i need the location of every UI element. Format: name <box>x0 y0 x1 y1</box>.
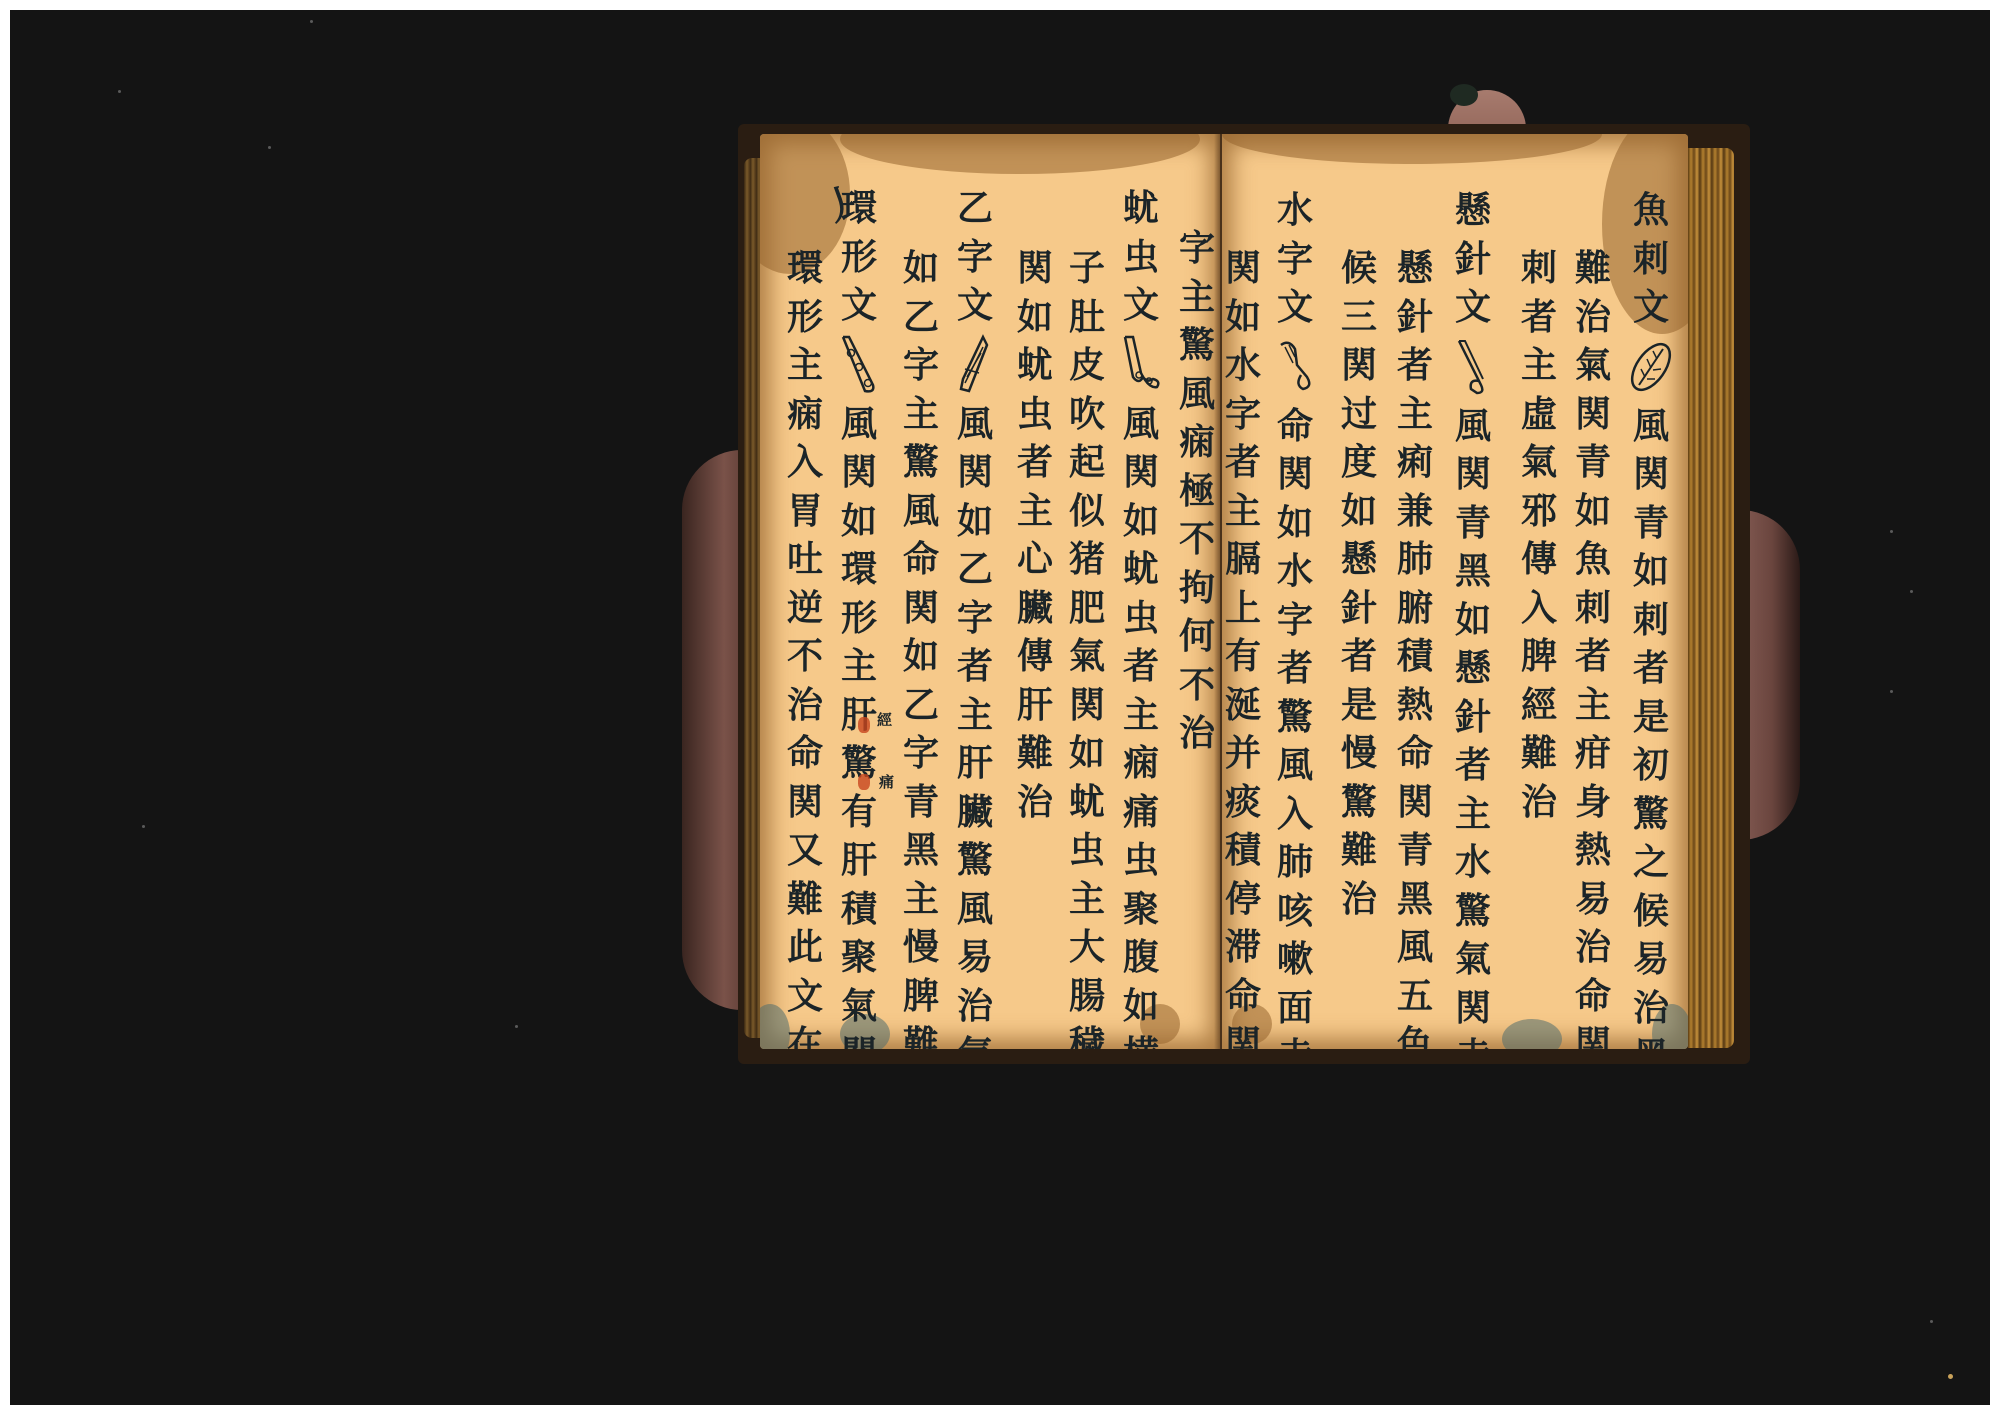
manuscript-char: 候 <box>1335 244 1383 293</box>
manuscript-char: 関 <box>835 448 883 497</box>
red-seal-mark <box>858 774 870 790</box>
manuscript-char: 氣 <box>1063 632 1111 681</box>
manuscript-char: 如 <box>1627 547 1675 596</box>
manuscript-char: 蚘 <box>1063 778 1111 827</box>
section-heading-char: 針 <box>1449 235 1497 284</box>
manuscript-char: 肝 <box>835 836 883 885</box>
manuscript-char: 針 <box>1449 693 1497 742</box>
manuscript-char: 字 <box>897 729 945 778</box>
open-book: 丿 字主驚風痫極不拘何不治蚘虫文風関如蚘虫者主痫痛虫聚腹如横等子肚皮吹起似猪肥氣… <box>738 118 1750 1068</box>
manuscript-char: 肥 <box>1063 584 1111 633</box>
manuscript-char: 主 <box>1569 681 1617 730</box>
text-column: 候三関过度如懸針者是慢驚難治 <box>1334 244 1384 923</box>
manuscript-char: 者 <box>1449 741 1497 790</box>
manuscript-char: 痛 <box>1117 788 1165 837</box>
manuscript-char: 青 <box>1449 499 1497 548</box>
manuscript-char: 字 <box>1173 224 1220 273</box>
dust-speck <box>310 20 313 23</box>
manuscript-char: 如 <box>1063 729 1111 778</box>
section-heading-char: 懸 <box>1449 186 1497 235</box>
manuscript-char: 関 <box>835 1030 883 1049</box>
manuscript-char: 乙 <box>897 681 945 730</box>
manuscript-char: 主 <box>951 691 999 740</box>
manuscript-char: 猪 <box>1063 535 1111 584</box>
manuscript-char: 邪 <box>1515 487 1563 536</box>
dust-speck <box>268 146 271 149</box>
marginal-note: 痛 <box>879 771 894 792</box>
section-heading-char: 文 <box>951 281 999 330</box>
manuscript-char: 不 <box>1173 661 1220 710</box>
section-heading-char: 形 <box>835 233 883 282</box>
manuscript-char: 兼 <box>1391 487 1439 536</box>
manuscript-char: 治 <box>1335 875 1383 924</box>
section-heading-char: 乙 <box>951 184 999 233</box>
dust-speck <box>118 90 121 93</box>
text-column: 懸針文風関青黑如懸針者主水驚氣関赤如 <box>1448 186 1498 1049</box>
manuscript-char: 吐 <box>781 535 829 584</box>
manuscript-char: 文 <box>781 972 829 1021</box>
manuscript-char: 関 <box>1391 778 1439 827</box>
manuscript-char: 治 <box>1627 984 1675 1033</box>
manuscript-char: 関 <box>1222 1020 1267 1049</box>
text-column: 乙字文風関如乙字者主肝臟驚風易治氣関 <box>950 184 1000 1049</box>
manuscript-char: 肚 <box>1063 293 1111 342</box>
manuscript-char: 風 <box>897 487 945 536</box>
dust-speck <box>515 1025 518 1028</box>
text-column: 刺者主虛氣邪傳入脾經難治 <box>1514 244 1564 826</box>
manuscript-char: 主 <box>1222 487 1267 536</box>
manuscript-char: 命 <box>781 729 829 778</box>
manuscript-char: 如 <box>1271 499 1319 548</box>
manuscript-char: 易 <box>1627 935 1675 984</box>
manuscript-char: 脾 <box>897 972 945 1021</box>
section-heading-char: 字 <box>1271 235 1319 284</box>
manuscript-char: 熱 <box>1391 681 1439 730</box>
manuscript-char: 疳 <box>1569 729 1617 778</box>
manuscript-char: 五 <box>1391 972 1439 1021</box>
manuscript-char: 形 <box>835 594 883 643</box>
manuscript-char: 氣 <box>835 982 883 1031</box>
manuscript-char: 虫 <box>1063 826 1111 875</box>
manuscript-char: 吹 <box>1063 390 1111 439</box>
manuscript-char: 不 <box>1173 515 1220 564</box>
manuscript-char: 関 <box>1011 244 1059 293</box>
manuscript-char: 氣 <box>1569 341 1617 390</box>
section-heading-char: 虫 <box>1117 233 1165 282</box>
manuscript-char: 熱 <box>1569 826 1617 875</box>
manuscript-char: 痰 <box>1222 778 1267 827</box>
manuscript-char: 咳 <box>1271 887 1319 936</box>
manuscript-char: 命 <box>1391 729 1439 778</box>
manuscript-char: 驚 <box>1173 321 1220 370</box>
manuscript-char: 聚 <box>835 933 883 982</box>
manuscript-char: 涎 <box>1222 681 1267 730</box>
manuscript-char: 関 <box>1449 984 1497 1033</box>
manuscript-char: 嗽 <box>1271 935 1319 984</box>
manuscript-char: 風 <box>1271 741 1319 790</box>
manuscript-char: 入 <box>1515 584 1563 633</box>
manuscript-char: 黑 <box>897 826 945 875</box>
manuscript-char: 赤 <box>1271 1032 1319 1049</box>
manuscript-char: 度 <box>1335 438 1383 487</box>
manuscript-char: 又 <box>781 826 829 875</box>
manuscript-char: 関 <box>951 448 999 497</box>
manuscript-char: 傳 <box>1515 535 1563 584</box>
manuscript-char: 主 <box>1011 487 1059 536</box>
manuscript-char: 痢 <box>1391 438 1439 487</box>
manuscript-char: 如 <box>1335 487 1383 536</box>
hanging-needle-icon <box>1449 332 1497 402</box>
manuscript-char: 黑 <box>1449 547 1497 596</box>
manuscript-char: 面 <box>1271 984 1319 1033</box>
manuscript-char: 青 <box>1391 826 1439 875</box>
manuscript-char: 蚘 <box>1117 545 1165 594</box>
manuscript-char: 積 <box>1222 826 1267 875</box>
red-seal-mark <box>858 717 870 733</box>
text-column: 懸針者主痢兼肺腑積熱命関青黑風五色皆是 <box>1390 244 1440 1049</box>
manuscript-char: 經 <box>1515 681 1563 730</box>
manuscript-char: 痫 <box>1117 739 1165 788</box>
manuscript-char: 風 <box>1627 402 1675 451</box>
manuscript-char: 命 <box>1271 402 1319 451</box>
section-heading-char: 文 <box>835 281 883 330</box>
text-column: 環形主痫入胃吐逆不治命関又難此文在風氣 <box>780 244 830 1049</box>
manuscript-char: 関 <box>1222 244 1267 293</box>
text-column: 環形文風関如環形主肝驚有肝積聚氣関如 <box>834 184 884 1049</box>
section-heading-char: 環 <box>835 184 883 233</box>
manuscript-char: 懸 <box>1449 644 1497 693</box>
manuscript-char: 魚 <box>1569 535 1617 584</box>
text-column: 難治氣関青如魚刺者主疳身熱易治命関青如 <box>1568 244 1618 1049</box>
manuscript-char: 慢 <box>897 923 945 972</box>
manuscript-char: 腹 <box>1117 933 1165 982</box>
dust-speck <box>142 825 145 828</box>
manuscript-char: 環 <box>835 545 883 594</box>
manuscript-char: 有 <box>835 788 883 837</box>
manuscript-char: 横 <box>1117 1030 1165 1049</box>
manuscript-char: 如 <box>951 497 999 546</box>
manuscript-char: 治 <box>1569 923 1617 972</box>
water-stain <box>840 134 1200 174</box>
manuscript-char: 風 <box>1391 923 1439 972</box>
manuscript-char: 針 <box>1335 584 1383 633</box>
section-heading-char: 水 <box>1271 186 1319 235</box>
manuscript-char: 之 <box>1627 838 1675 887</box>
manuscript-char: 驚 <box>1271 693 1319 742</box>
manuscript-char: 是 <box>1335 681 1383 730</box>
text-column: 如乙字主驚風命関如乙字青黑主慢脾難治 <box>896 244 946 1049</box>
manuscript-char: 乙 <box>897 293 945 342</box>
manuscript-char: 如 <box>897 244 945 293</box>
manuscript-char: 治 <box>1515 778 1563 827</box>
manuscript-char: 肺 <box>1271 838 1319 887</box>
manuscript-char: 積 <box>1391 632 1439 681</box>
manuscript-char: 并 <box>1222 729 1267 778</box>
manuscript-char: 者 <box>1271 644 1319 693</box>
manuscript-char: 虫 <box>1117 836 1165 885</box>
manuscript-char: 主 <box>1449 790 1497 839</box>
manuscript-char: 積 <box>835 885 883 934</box>
manuscript-char: 虫 <box>1011 390 1059 439</box>
dust-speck <box>1890 690 1893 693</box>
manuscript-char: 風 <box>1173 370 1220 419</box>
manuscript-char: 治 <box>1173 709 1220 758</box>
manuscript-char: 主 <box>781 341 829 390</box>
manuscript-char: 治 <box>781 681 829 730</box>
text-column: 蚘虫文風関如蚘虫者主痫痛虫聚腹如横等 <box>1116 184 1166 1049</box>
manuscript-char: 風 <box>1117 400 1165 449</box>
manuscript-char: 胃 <box>781 487 829 536</box>
section-heading-char: 文 <box>1449 283 1497 332</box>
right-page: 魚刺文風関青如刺者是初驚之候易治黑色難治氣関青如魚刺者主疳身熱易治命関青如刺者主… <box>1222 134 1688 1049</box>
manuscript-char: 脾 <box>1515 632 1563 681</box>
manuscript-char: 穢 <box>1063 1020 1111 1049</box>
manuscript-char: 青 <box>1627 499 1675 548</box>
manuscript-char: 風 <box>835 400 883 449</box>
manuscript-char: 上 <box>1222 584 1267 633</box>
manuscript-char: 傳 <box>1011 632 1059 681</box>
water-stain <box>1222 134 1602 164</box>
manuscript-char: 驚 <box>897 438 945 487</box>
section-heading-char: 文 <box>1117 281 1165 330</box>
manuscript-char: 主 <box>897 875 945 924</box>
mold-spot <box>1502 1019 1562 1049</box>
manuscript-char: 関 <box>1335 341 1383 390</box>
manuscript-char: 皮 <box>1063 341 1111 390</box>
manuscript-char: 如 <box>1117 982 1165 1031</box>
section-heading-char: 蚘 <box>1117 184 1165 233</box>
manuscript-char: 環 <box>781 244 829 293</box>
manuscript-char: 刺 <box>1569 584 1617 633</box>
manuscript-char: 逆 <box>781 584 829 633</box>
manuscript-char: 青 <box>897 778 945 827</box>
manuscript-char: 腸 <box>1063 972 1111 1021</box>
manuscript-char: 入 <box>1271 790 1319 839</box>
manuscript-char: 刺 <box>1627 596 1675 645</box>
manuscript-char: 身 <box>1569 778 1617 827</box>
manuscript-char: 難 <box>897 1020 945 1049</box>
manuscript-char: 主 <box>1117 691 1165 740</box>
manuscript-char: 子 <box>1063 244 1111 293</box>
manuscript-char: 風 <box>951 400 999 449</box>
text-column: 字主驚風痫極不拘何不治 <box>1172 224 1220 758</box>
manuscript-char: 字 <box>897 341 945 390</box>
manuscript-char: 主 <box>1391 390 1439 439</box>
yi-character-icon <box>951 330 999 400</box>
scan-background: 丿 字主驚風痫極不拘何不治蚘虫文風関如蚘虫者主痫痛虫聚腹如横等子肚皮吹起似猪肥氣… <box>10 10 1990 1405</box>
manuscript-char: 如 <box>1222 293 1267 342</box>
manuscript-char: 起 <box>1063 438 1111 487</box>
manuscript-char: 如 <box>1449 596 1497 645</box>
manuscript-char: 者 <box>1627 644 1675 693</box>
dust-speck <box>1948 1374 1953 1379</box>
manuscript-char: 似 <box>1063 487 1111 536</box>
dust-speck <box>1910 590 1913 593</box>
section-heading-char: 文 <box>1271 283 1319 332</box>
manuscript-char: 色 <box>1391 1020 1439 1049</box>
manuscript-char: 難 <box>1335 826 1383 875</box>
manuscript-char: 水 <box>1449 838 1497 887</box>
manuscript-char: 治 <box>951 982 999 1031</box>
manuscript-char: 易 <box>1569 875 1617 924</box>
manuscript-char: 難 <box>1011 729 1059 778</box>
manuscript-char: 懸 <box>1391 244 1439 293</box>
manuscript-char: 三 <box>1335 293 1383 342</box>
manuscript-char: 針 <box>1391 293 1439 342</box>
manuscript-char: 黑 <box>1391 875 1439 924</box>
manuscript-char: 関 <box>1063 681 1111 730</box>
section-heading-char: 刺 <box>1627 235 1675 284</box>
fish-bone-leaf-icon <box>1627 332 1675 402</box>
manuscript-char: 肝 <box>951 739 999 788</box>
manuscript-char: 臟 <box>1011 584 1059 633</box>
manuscript-char: 此 <box>781 923 829 972</box>
manuscript-char: 者 <box>1335 632 1383 681</box>
marginal-note: 經 <box>877 709 892 730</box>
manuscript-char: 候 <box>1627 887 1675 936</box>
manuscript-char: 入 <box>781 438 829 487</box>
manuscript-char: 者 <box>1391 341 1439 390</box>
text-column: 水字文命関如水字者驚風入肺咳嗽面赤氣 <box>1270 186 1320 1049</box>
manuscript-char: 難 <box>781 875 829 924</box>
manuscript-char: 驚 <box>1627 790 1675 839</box>
manuscript-char: 易 <box>951 933 999 982</box>
manuscript-char: 膈 <box>1222 535 1267 584</box>
manuscript-char: 氣 <box>951 1030 999 1049</box>
manuscript-char: 刺 <box>1515 244 1563 293</box>
manuscript-char: 氣 <box>1449 935 1497 984</box>
right-page-edges <box>1688 148 1734 1048</box>
manuscript-char: 難 <box>1515 729 1563 778</box>
manuscript-char: 初 <box>1627 741 1675 790</box>
manuscript-char: 者 <box>1011 438 1059 487</box>
manuscript-char: 停 <box>1222 875 1267 924</box>
manuscript-char: 腑 <box>1391 584 1439 633</box>
manuscript-char: 難 <box>1569 244 1617 293</box>
manuscript-char: 者 <box>1117 642 1165 691</box>
manuscript-char: 主 <box>1173 273 1220 322</box>
manuscript-char: 関 <box>1627 450 1675 499</box>
manuscript-char: 如 <box>835 497 883 546</box>
manuscript-char: 形 <box>781 293 829 342</box>
manuscript-char: 驚 <box>1335 778 1383 827</box>
manuscript-char: 心 <box>1011 535 1059 584</box>
manuscript-char: 驚 <box>951 836 999 885</box>
manuscript-char: 関 <box>1449 450 1497 499</box>
manuscript-char: 字 <box>1271 596 1319 645</box>
roundworm-icon <box>1117 330 1165 400</box>
manuscript-char: 如 <box>1117 497 1165 546</box>
manuscript-char: 赤 <box>1449 1032 1497 1049</box>
manuscript-char: 風 <box>1449 402 1497 451</box>
manuscript-char: 者 <box>1569 632 1617 681</box>
manuscript-char: 黑 <box>1627 1032 1675 1049</box>
left-page: 丿 字主驚風痫極不拘何不治蚘虫文風関如蚘虫者主痫痛虫聚腹如横等子肚皮吹起似猪肥氣… <box>760 134 1220 1049</box>
manuscript-char: 水 <box>1271 547 1319 596</box>
manuscript-char: 懸 <box>1335 535 1383 584</box>
manuscript-char: 極 <box>1173 467 1220 516</box>
dust-speck <box>1930 1320 1933 1323</box>
manuscript-char: 関 <box>1271 450 1319 499</box>
manuscript-char: 如 <box>1011 293 1059 342</box>
manuscript-char: 者 <box>1515 293 1563 342</box>
manuscript-char: 命 <box>1569 972 1617 1021</box>
text-column: 関如水字者主膈上有涎并痰積停滞命関如水 <box>1222 244 1268 1049</box>
manuscript-char: 聚 <box>1117 885 1165 934</box>
manuscript-char: 滞 <box>1222 923 1267 972</box>
manuscript-char: 治 <box>1011 778 1059 827</box>
manuscript-char: 肝 <box>1011 681 1059 730</box>
section-heading-char: 魚 <box>1627 186 1675 235</box>
manuscript-char: 主 <box>1515 341 1563 390</box>
dust-speck <box>1890 530 1893 533</box>
manuscript-char: 如 <box>897 632 945 681</box>
manuscript-char: 字 <box>1222 390 1267 439</box>
section-heading-char: 字 <box>951 233 999 282</box>
manuscript-char: 主 <box>835 642 883 691</box>
manuscript-char: 者 <box>951 642 999 691</box>
manuscript-char: 痫 <box>1173 418 1220 467</box>
water-character-icon <box>1271 332 1319 402</box>
manuscript-char: 蚘 <box>1011 341 1059 390</box>
manuscript-char: 関 <box>1569 390 1617 439</box>
text-column: 子肚皮吹起似猪肥氣関如蚘虫主大腸穢積命 <box>1062 244 1112 1049</box>
manuscript-char: 虫 <box>1117 594 1165 643</box>
manuscript-char: 肺 <box>1391 535 1439 584</box>
manuscript-char: 有 <box>1222 632 1267 681</box>
text-column: 関如蚘虫者主心臟傳肝難治 <box>1010 244 1060 826</box>
manuscript-char: 命 <box>1222 972 1267 1021</box>
manuscript-char: 臟 <box>951 788 999 837</box>
manuscript-char: 乙 <box>951 545 999 594</box>
text-column: 魚刺文風関青如刺者是初驚之候易治黑色 <box>1626 186 1676 1049</box>
manuscript-char: 水 <box>1222 341 1267 390</box>
manuscript-char: 命 <box>897 535 945 584</box>
ring-shape-icon <box>835 330 883 400</box>
manuscript-char: 不 <box>781 632 829 681</box>
manuscript-char: 过 <box>1335 390 1383 439</box>
manuscript-char: 氣 <box>1515 438 1563 487</box>
manuscript-char: 関 <box>781 778 829 827</box>
manuscript-char: 如 <box>1569 487 1617 536</box>
thumb-nail <box>1450 84 1478 106</box>
manuscript-char: 驚 <box>1449 887 1497 936</box>
manuscript-char: 治 <box>1569 293 1617 342</box>
manuscript-char: 関 <box>1569 1020 1617 1049</box>
manuscript-char: 痫 <box>781 390 829 439</box>
manuscript-char: 字 <box>951 594 999 643</box>
manuscript-char: 拘 <box>1173 564 1220 613</box>
manuscript-char: 関 <box>897 584 945 633</box>
manuscript-char: 主 <box>1063 875 1111 924</box>
manuscript-char: 是 <box>1627 693 1675 742</box>
manuscript-char: 在 <box>781 1020 829 1049</box>
manuscript-char: 者 <box>1222 438 1267 487</box>
manuscript-char: 青 <box>1569 438 1617 487</box>
manuscript-char: 何 <box>1173 612 1220 661</box>
manuscript-char: 主 <box>897 390 945 439</box>
manuscript-char: 関 <box>1117 448 1165 497</box>
manuscript-char: 虛 <box>1515 390 1563 439</box>
manuscript-char: 慢 <box>1335 729 1383 778</box>
manuscript-char: 風 <box>951 885 999 934</box>
section-heading-char: 文 <box>1627 283 1675 332</box>
manuscript-char: 大 <box>1063 923 1111 972</box>
